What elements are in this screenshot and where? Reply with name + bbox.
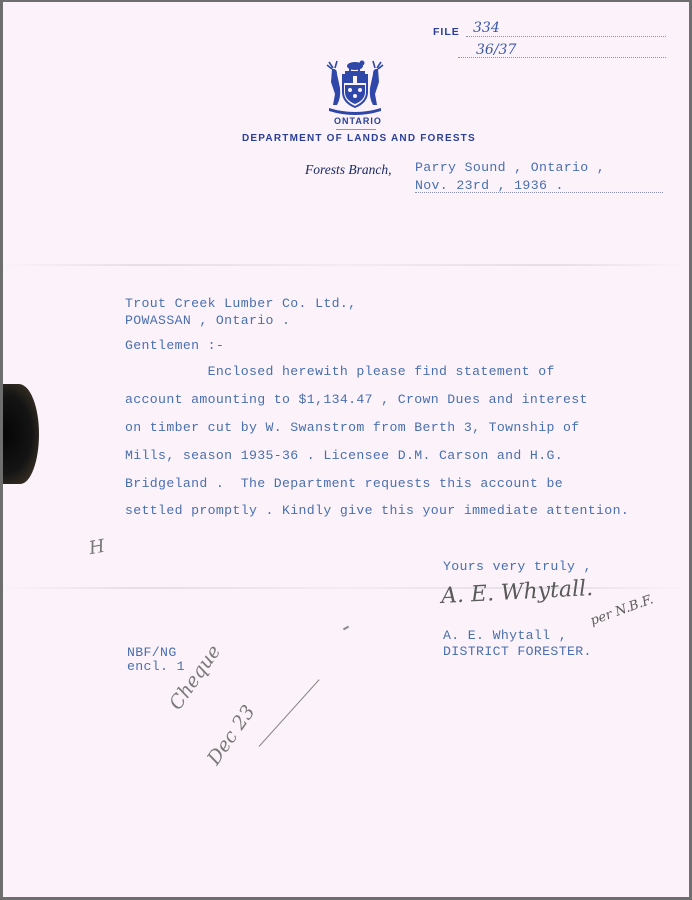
valediction: Yours very truly , [443,559,592,574]
branch-name: Forests Branch, [305,162,392,178]
province-name: ONTARIO [334,116,382,126]
signatory-title: DISTRICT FORESTER. [443,644,592,659]
enclosure-note: encl. 1 [127,659,185,674]
department-name: DEPARTMENT OF LANDS AND FORESTS [242,133,476,144]
handwritten-signature: A. E. Whytall. [440,576,593,609]
pencil-note-date: Dec 23 [203,701,260,769]
body-line: on timber cut by W. Swanstrom from Berth… [125,420,580,435]
letter-date: Nov. 23rd , 1936 . [415,178,564,193]
date-dotted-line [415,192,663,193]
ontario-coat-of-arms-icon [323,58,387,116]
paper-fold-line [3,264,689,266]
body-line: settled promptly . Kindly give this your… [125,503,629,518]
reference-initials: NBF/NG [127,645,177,660]
file-sub-number: 36/37 [476,42,516,58]
pencil-tick [343,626,349,631]
ink-smudge [3,384,39,484]
letterhead-divider [336,129,376,130]
file-label: FILE [433,26,460,38]
recipient-name: Trout Creek Lumber Co. Ltd., [125,296,356,311]
body-line: account amounting to $1,134.47 , Crown D… [125,392,588,407]
letter-place: Parry Sound , Ontario , [415,160,605,175]
body-line: Enclosed herewith please find statement … [125,364,555,379]
pencil-underline [259,679,320,747]
file-number-dotted-line [466,36,666,37]
typed-signatory-name: A. E. Whytall , [443,628,567,643]
salutation: Gentlemen :- [125,338,224,353]
recipient-address: POWASSAN , Ontario . [125,313,290,328]
body-line: Bridgeland . The Department requests thi… [125,476,563,491]
margin-mark: H [87,536,106,559]
per-initials: per N.B.F. [588,592,655,629]
letter-page: FILE 334 36/37 [3,2,689,897]
file-number: 334 [473,20,500,36]
body-line: Mills, season 1935-36 . Licensee D.M. Ca… [125,448,563,463]
